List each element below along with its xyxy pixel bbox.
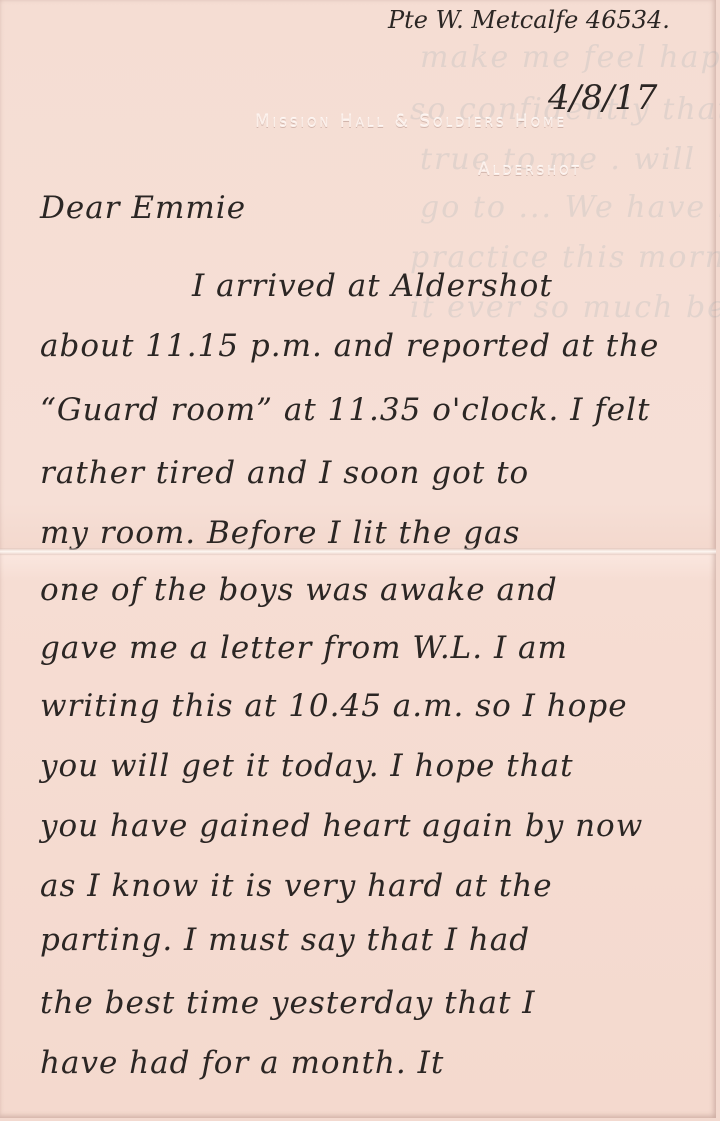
body-line: rather tired and I soon got to xyxy=(40,455,529,491)
body-line: one of the boys was awake and xyxy=(40,572,558,608)
sender-name-number: Pte W. Metcalfe 46534. xyxy=(388,6,670,34)
embossed-letterhead-line1: Mission Hall & Soldiers Home xyxy=(255,112,567,132)
letter-date: 4/8/17 xyxy=(548,78,657,118)
body-line: writing this at 10.45 a.m. so I hope xyxy=(40,688,628,724)
body-line: have had for a month. It xyxy=(40,1045,444,1081)
body-line: my room. Before I lit the gas xyxy=(40,515,520,551)
body-line: you will get it today. I hope that xyxy=(40,748,574,784)
body-line: I arrived at Aldershot xyxy=(192,268,553,304)
salutation: Dear Emmie xyxy=(40,190,246,226)
body-line: “Guard room” at 11.35 o'clock. I felt xyxy=(40,392,651,428)
body-line: you have gained heart again by now xyxy=(40,808,643,844)
body-line: about 11.15 p.m. and reported at the xyxy=(40,328,659,364)
body-line: parting. I must say that I had xyxy=(40,922,530,958)
body-line: gave me a letter from W.L. I am xyxy=(40,630,568,666)
paper-fold-crease xyxy=(0,548,716,555)
show-through-text: make me feel happy xyxy=(420,40,720,75)
letter-page: make me feel happy so confidently that y… xyxy=(0,0,716,1118)
show-through-text: go to ... We have had band xyxy=(420,190,720,225)
body-line: the best time yesterday that I xyxy=(40,985,536,1021)
body-line: as I know it is very hard at the xyxy=(40,868,553,904)
embossed-letterhead-line2: Aldershot xyxy=(478,160,582,180)
